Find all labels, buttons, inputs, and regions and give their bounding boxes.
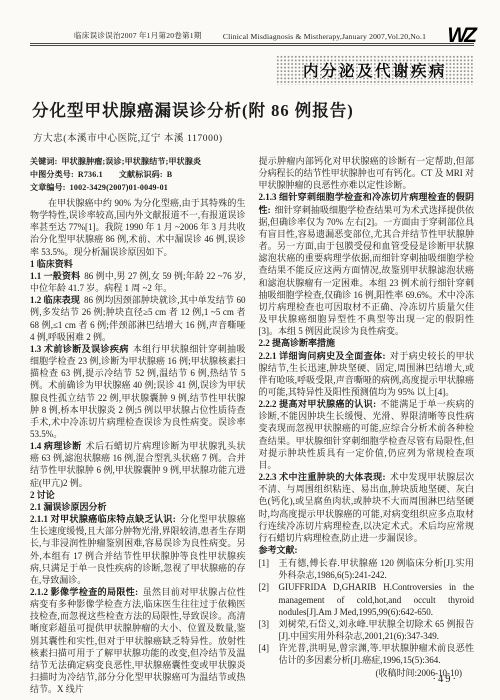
section-heading: 1 临床资料 xyxy=(30,258,246,270)
reference-item: [3]刘树荣,石岱义,刘永峰.甲状腺全切除术 65 例报告[J].中国实用外科杂… xyxy=(259,618,475,642)
paragraph: 2.2.2 提高对甲状腺癌的认识:不能满足于单一疾病的诊断,不能因肿块生长缓慢、… xyxy=(259,398,475,471)
paragraph: 1.1 一般资料86 例中,男 27 例,女 59 例;年龄 22 ~76 岁,… xyxy=(30,270,246,294)
section-heading: 2 讨论 xyxy=(30,489,246,501)
paragraph: 2.2.3 术中注重肿块的大体表现:术中发现甲状腺层次不清、与周围组织粘连、易出… xyxy=(259,471,475,544)
reference-item: [4]许光普,洪明晃,曾宗渊,等.甲状腺肿瘤术前良恶性估计的多因素分析[J].癌… xyxy=(259,642,475,666)
journal-title-cn: 临床误诊误治2007 年1月第20卷第1期 xyxy=(74,30,202,41)
article-meta: 关键词:甲状腺肿瘤;误诊;甲状腺结节;甲状腺炎 中图分类号:R736.1文献标识… xyxy=(30,155,246,194)
references-heading: 参考文献: xyxy=(259,544,475,556)
reference-item: [2]GIUFFRIDA D,GHARIB H.Controversies in… xyxy=(259,581,475,617)
section-banner-row: 内分泌及代谢疾病 xyxy=(30,55,474,85)
article-body: 关键词:甲状腺肿瘤;误诊;甲状腺结节;甲状腺炎 中图分类号:R736.1文献标识… xyxy=(30,155,474,695)
paragraph: 2.2.1 详细询问病史及全面查体:对于病史较长的甲状腺结节,生长迅速,肿块坚硬… xyxy=(259,350,475,399)
section-heading: 2.2 提高诊断率措施 xyxy=(259,337,475,349)
journal-header: 临床误诊误治2007 年1月第20卷第1期 Clinical Misdiagno… xyxy=(30,30,474,46)
section-heading: 2.1 漏误诊原因分析 xyxy=(30,501,246,513)
article-no-value: 1002-3429(2007)01-0049-01 xyxy=(70,183,168,192)
section-banner-label: 内分泌及代谢疾病 xyxy=(298,59,452,81)
article-no-line: 文章编号:1002-3429(2007)01-0049-01 xyxy=(30,181,246,194)
article-no-label: 文章编号: xyxy=(30,183,66,192)
left-column: 关键词:甲状腺肿瘤;误诊;甲状腺结节;甲状腺炎 中图分类号:R736.1文献标识… xyxy=(30,155,246,695)
paragraph: 1.4 病理诊断术后石蜡切片病理诊断为甲状腺乳头状癌 63 例,滤泡状腺癌 16… xyxy=(30,440,246,489)
reference-item: [1]王有德,傅长春.甲状腺癌 120 例临床分析[J].实用外科杂志,1986… xyxy=(259,557,475,581)
doc-code-value: B xyxy=(167,170,173,179)
doc-code-label: 文献标识码: xyxy=(119,170,163,179)
article-title: 分化型甲状腺癌漏误诊分析(附 86 例报告) xyxy=(32,97,474,121)
paragraph-continuation: 提示肿瘤内部钙化对甲状腺癌的诊断有一定帮助,但部分病程长的结节性甲状腺肿也可有钙… xyxy=(259,155,475,191)
paragraph: 2.1.2 影像学检查的局限性:虽然目前对甲状腺占位性病变有多种影像学检查方法,… xyxy=(30,586,246,695)
paragraph: 1.2 临床表现86 例均因颈部肿块就诊,其中单发结节 60 例,多发结节 26… xyxy=(30,294,246,343)
keywords-label: 关键词: xyxy=(30,157,57,166)
paragraph-intro: 在甲状腺癌中约 90% 为分化型癌,由于其特殊的生物学特性,误诊率较高,国内外文… xyxy=(30,197,246,258)
article-author: 方大忠(本溪市中心医院,辽宁 本溪 117000) xyxy=(33,130,474,144)
paragraph: 2.1.3 细针穿刺细胞学检查和冷冻切片病理检查的假阴性:细针穿刺抽吸细胞学检查… xyxy=(259,191,475,337)
keywords-line: 关键词:甲状腺肿瘤;误诊;甲状腺结节;甲状腺炎 xyxy=(30,155,246,168)
right-column: 提示肿瘤内部钙化对甲状腺癌的诊断有一定帮助,但部分病程长的结节性甲状腺肿也可有钙… xyxy=(259,155,475,695)
journal-logo: WZ xyxy=(447,30,474,42)
clc-label: 中图分类号: xyxy=(30,170,74,179)
section-banner: 内分泌及代谢疾病 xyxy=(276,55,474,85)
paragraph: 2.1.1 对甲状腺癌临床特点缺乏认识:分化型甲状腺癌生长速度缓慢,且大部分肿物… xyxy=(30,513,246,586)
page-number: ·49· xyxy=(433,674,459,685)
clc-value: R736.1 xyxy=(78,170,103,179)
paragraph: 1.3 术前诊断及误诊疾病本组行甲状腺细针穿刺抽吸细胞学检查 23 例,诊断为甲… xyxy=(30,343,246,440)
journal-page: 临床误诊误治2007 年1月第20卷第1期 Clinical Misdiagno… xyxy=(0,0,500,700)
keywords-value: 甲状腺肿瘤;误诊;甲状腺结节;甲状腺炎 xyxy=(61,157,201,166)
clc-line: 中图分类号:R736.1文献标识码:B xyxy=(30,168,246,181)
reference-list: [1]王有德,傅长春.甲状腺癌 120 例临床分析[J].实用外科杂志,1986… xyxy=(259,557,475,666)
journal-title-en: Clinical Misdiagnosis & Mistherapy,Janua… xyxy=(223,32,426,41)
